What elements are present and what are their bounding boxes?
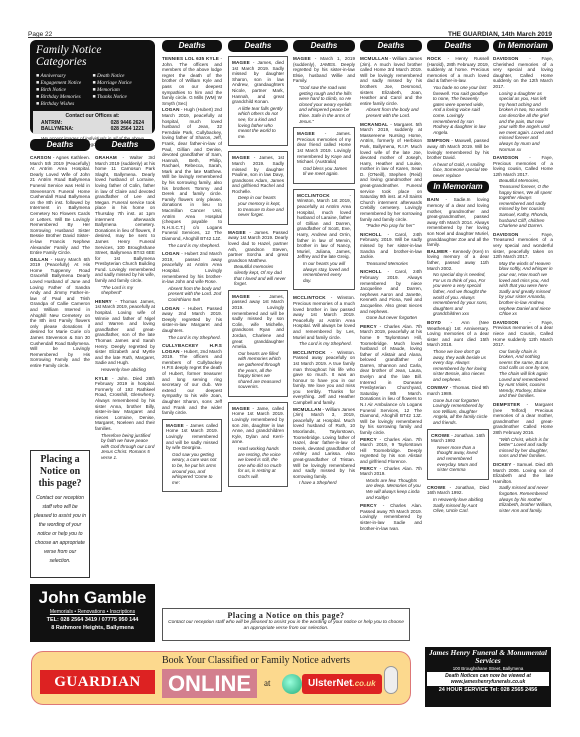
verse: Gone but never forgotten [360, 315, 422, 321]
verse: No special day is needed, For us to thin… [427, 272, 489, 317]
office-row: BALLYMENA:028 2564 1221 [41, 126, 144, 132]
verse: In Heavenly love abiding Sadly missed by… [427, 497, 489, 514]
verse: Sadly missed and never forgotten. Rememb… [493, 485, 553, 513]
verse: Beautiful memories silently kept, Of my … [228, 264, 288, 286]
section-heading: Deaths [30, 139, 90, 151]
header-rule [28, 37, 552, 38]
verse: I have a Shepherd [293, 480, 355, 486]
section-heading: Deaths [162, 40, 222, 52]
deaths-column-5: Deaths MAGEE - March 1, 2019 (suddenly),… [293, 40, 355, 605]
notice: LOGAN - Hugh (Hubert) 2nd March 2019, pe… [162, 107, 222, 241]
category-item: Thanks Notice [93, 94, 150, 101]
memoriam-column-8: In Memoriam DAVIDSON - Faye, Cherished m… [493, 40, 553, 645]
notice: BOYD - Ann (Nee Weatherup) 1st Anniversa… [427, 320, 489, 348]
notice: DAVIDSON - Faye, Previous memories of a … [493, 320, 553, 348]
notice: LOGAN - Hubert 2nd March 2019, passed aw… [162, 251, 222, 285]
category-item: Anniversary [36, 73, 93, 80]
verse: "The Lord is my shepherd" [95, 285, 155, 296]
notice: LOGAN - Hubert. Passed away 2nd March 20… [162, 306, 222, 334]
verse: Beautiful Memories, Treasured forever, O… [493, 178, 553, 228]
section-heading: In Memoriam [427, 181, 489, 193]
notice: DICKEY - Samuel. Died 4th March 2006. Lo… [493, 462, 553, 484]
deaths-column-1: Deaths CARSON - Agnes Kathleen. March 5t… [30, 139, 90, 444]
notice: GRAHAM - Walter 3rd March 2019 (suddenly… [95, 155, 155, 284]
boxed-notice: MAGEE - James, died 1st March 2019. Sadl… [228, 56, 288, 146]
globe-icon [282, 674, 302, 694]
category-item: Birthday Memories [36, 94, 93, 101]
website-box[interactable]: Death Notices can now be viewed atwww.ja… [427, 672, 549, 686]
james-henry-ad[interactable]: James Henry Funeral & Monumental Service… [425, 647, 551, 707]
advertiser-name: James Henry Funeral & Monumental Service… [425, 647, 551, 665]
deaths-memoriam-column-7: Deaths ROCK - Henry Russell (Harold), 28… [427, 40, 489, 645]
category-item: Birth Notice [36, 87, 93, 94]
verse: Treasured Memories [360, 261, 422, 267]
placing-body: Contact our reception staff who will be … [34, 494, 86, 566]
office-phone: 028 2564 1221 [111, 126, 144, 132]
placing-title: Placing a Notice on this page? [165, 611, 407, 620]
contact-offices: Contact our Offices at: ANTRIM:028 9446 … [33, 111, 152, 134]
deaths-column-6: Deaths MCMULLAN - William James (Jim). A… [360, 40, 422, 645]
advertiser-phone: 24 HOUR SERVICE Tel: 028 2565 2456 [425, 686, 551, 695]
placing-notice-wide-box: Placing a Notice on this page? Contact o… [162, 608, 410, 641]
verse: Heavenly love abiding [95, 367, 155, 373]
notice: MAGEE - James. Passed away 1st March 201… [228, 230, 288, 264]
verse: May the winds of Heaven blow softly, And… [493, 261, 553, 317]
verse: A heart of Gold, A smiling face, Someone… [427, 162, 489, 179]
placing-title: Placing a Notice on this page? [34, 454, 86, 490]
section-heading: Deaths [95, 139, 155, 151]
computer-mouse-icon [384, 666, 398, 694]
guardian-logo: GUARDIAN [40, 670, 155, 694]
boxed-notice: MAGEE - James, 1st March 2019. Sadly mis… [228, 151, 288, 225]
verse: Our family chain is broken, And nothing … [493, 349, 553, 399]
notice: MCMULLAN - William James (Jim). A much l… [360, 56, 422, 106]
notice: TENNIES LOL 635 KYLE - John. The officer… [162, 56, 222, 106]
notice: DAVIDSON - Faye, Precious memories of a … [493, 155, 553, 177]
verse: Absent from the body and present with th… [360, 107, 422, 118]
notice: GILLAN - Harry March 6th 2019 (Peacefull… [30, 257, 90, 369]
boxed-notice: MAGEE - James called Home 1st March 2019… [162, 419, 222, 493]
notice: MCMULLAN - William James (Jim) March 3, … [293, 407, 355, 480]
website-link: www.jameshenryfunerals.co.uk [428, 679, 548, 685]
verse: Losing a daughter as special as you, Has… [493, 91, 553, 153]
verse: Therefore being justified by faith we ha… [95, 433, 155, 461]
verse: The Lord is my Shepherd. [293, 341, 355, 347]
placing-body: Contact our reception staff who will be … [165, 620, 407, 632]
notice: ROCK - Henry Russell (Harold), 28th Febr… [427, 56, 489, 84]
section-heading: Deaths [228, 40, 288, 52]
verse: Absent from the body and present with th… [162, 286, 222, 303]
advertiser-phone: TEL: 028 2564 3419 / 07775 950 144 [30, 616, 155, 624]
placing-notice-box: Placing a Notice on this page? Contact o… [30, 450, 90, 578]
notice: NICHOLL - Carol, 24th February 2019. Alw… [360, 269, 422, 314]
verse: God saw you getting weary, a cure was no… [166, 452, 218, 486]
boxed-notice: MAGEE - James. Precious memories of my d… [293, 127, 355, 184]
categories-title: Family Notice Categories [36, 44, 149, 68]
notice: MCCLINTOCK - Winston. Passed away peacef… [293, 350, 355, 406]
category-item: Birthday Wishes [36, 101, 93, 108]
category-item: Engagement Notice [36, 80, 93, 87]
section-heading: Deaths [427, 40, 489, 52]
section-heading: In Memoriam [493, 40, 553, 52]
verse: The Lord is my shepherd. [162, 243, 222, 249]
notice: CONWAY - Thomas. Died 9th march 1989. [427, 385, 489, 396]
category-item: Death Notice [93, 73, 150, 80]
notice: PERCY - Charles Alan. Passed away 7th Ma… [360, 503, 422, 531]
notice: MAGEE - March 1, 2019 (suddenly), JAMES.… [293, 56, 355, 84]
verse: The Lord is my Shepherd. [162, 335, 222, 341]
verse: "With Christ, which is far better" Loved… [493, 437, 553, 459]
notice: NICHOLL - Carol, 24th February, 2019. Wi… [360, 232, 422, 260]
family-notice-categories: Family Notice Categories Anniversary Dea… [30, 40, 155, 134]
section-heading: Deaths [360, 40, 422, 52]
notice: BAIN - Sadie.In loving memory of a dear … [427, 197, 489, 247]
notice: MCCLINTOCK - Winston. Precious memories … [293, 295, 355, 340]
advertiser-services: Memorials • Renovations • Inscriptions [30, 608, 155, 616]
deaths-column-4: Deaths MAGEE - James, died 1st March 201… [228, 40, 288, 605]
advertiser-address: 8 Rathmore Heights, Ballymena [30, 624, 155, 632]
notice: SIMPSON - Maxwell, passed away 4th March… [427, 138, 489, 160]
notice: CROWE - Jonathan, Died 16th March 1992. [427, 485, 489, 496]
notice: DAVIDSON - Faye, Treasured memories of a… [493, 232, 553, 260]
advertiser-name: John Gamble [30, 587, 155, 608]
at-label: at [264, 678, 271, 688]
categories-list: Anniversary Death Notice Engagement Noti… [36, 73, 149, 108]
notice: KYLE - John. Died 28th February 2019 in … [95, 376, 155, 432]
verse: "God saw the road was getting rough and … [293, 85, 355, 124]
online-label: ONLINE [162, 669, 257, 698]
ulsternet-logo[interactable]: UlsterNet.co.uk [302, 674, 382, 694]
category-item: Memoriam [93, 87, 150, 94]
verse: Those we love don't go away, they walk b… [427, 349, 489, 383]
category-item: Marriage Notice [93, 80, 150, 87]
verse: Words are few. Thoughts are deep. Memori… [360, 478, 422, 500]
notice: PERCY - Charles Alan. 7th March 2019, 9 … [360, 437, 422, 465]
verse: "Padre Pio pray for her" [360, 223, 422, 229]
guardian-online-banner[interactable]: Book Your Classified or Family Notice ad… [31, 651, 411, 705]
john-gamble-ad[interactable]: John Gamble Memorials • Renovations • In… [30, 584, 155, 642]
advertiser-address: 100 Broughshane Street, Ballymena [425, 665, 551, 672]
contact-title: Contact our Offices at: [41, 113, 144, 119]
section-heading: Deaths [293, 40, 355, 52]
boxed-notice: MAGEE - Jame, called Home 1st March 2019… [228, 402, 288, 487]
notice: CARSON - Agnes Kathleen. March 5th 2019 … [30, 155, 90, 256]
verse: You bade no one your last farewell. You … [427, 85, 489, 135]
verse: Gone but not forgotten Lovingly remember… [427, 398, 489, 426]
notice: PERCY - Charles Alan. 7th March 2019, pe… [360, 324, 422, 436]
banner-tagline: Book Your Classified or Family Notice ad… [162, 655, 350, 666]
notice: PERCY - Charles Alan. 7th March 2019. [360, 466, 422, 477]
notice: MCRANDAL - Margaret. 5th March 2019, sud… [360, 122, 422, 223]
deaths-column-3: Deaths TENNIES LOL 635 KYLE - John. The … [162, 40, 222, 605]
boxed-notice: MAGEE - James, passed away 1st March 201… [228, 290, 288, 397]
deaths-column-2: Deaths GRAHAM - Walter 3rd March 2019 (s… [95, 139, 155, 579]
notice: BALMER - Kennedy (Ken) In loving memory … [427, 249, 489, 271]
notice: DEMPSTER - Margaret (nee Telford) Precio… [493, 402, 553, 436]
boxed-notice: MCCLINTOCK - Winston, March 1st 2019, pe… [293, 189, 355, 291]
notice: DAVIDSON - Faye, Cherished memories of a… [493, 56, 553, 90]
notice: HENRY - Thomas James, 1st March 2019, pe… [95, 299, 155, 366]
boxed-notice: CROWE - Jonathan. 16th March 1992Never m… [427, 429, 489, 480]
notice: CULLYBACKEY H.P.S LOGAN - Hubert, 2nd Ma… [162, 343, 222, 416]
